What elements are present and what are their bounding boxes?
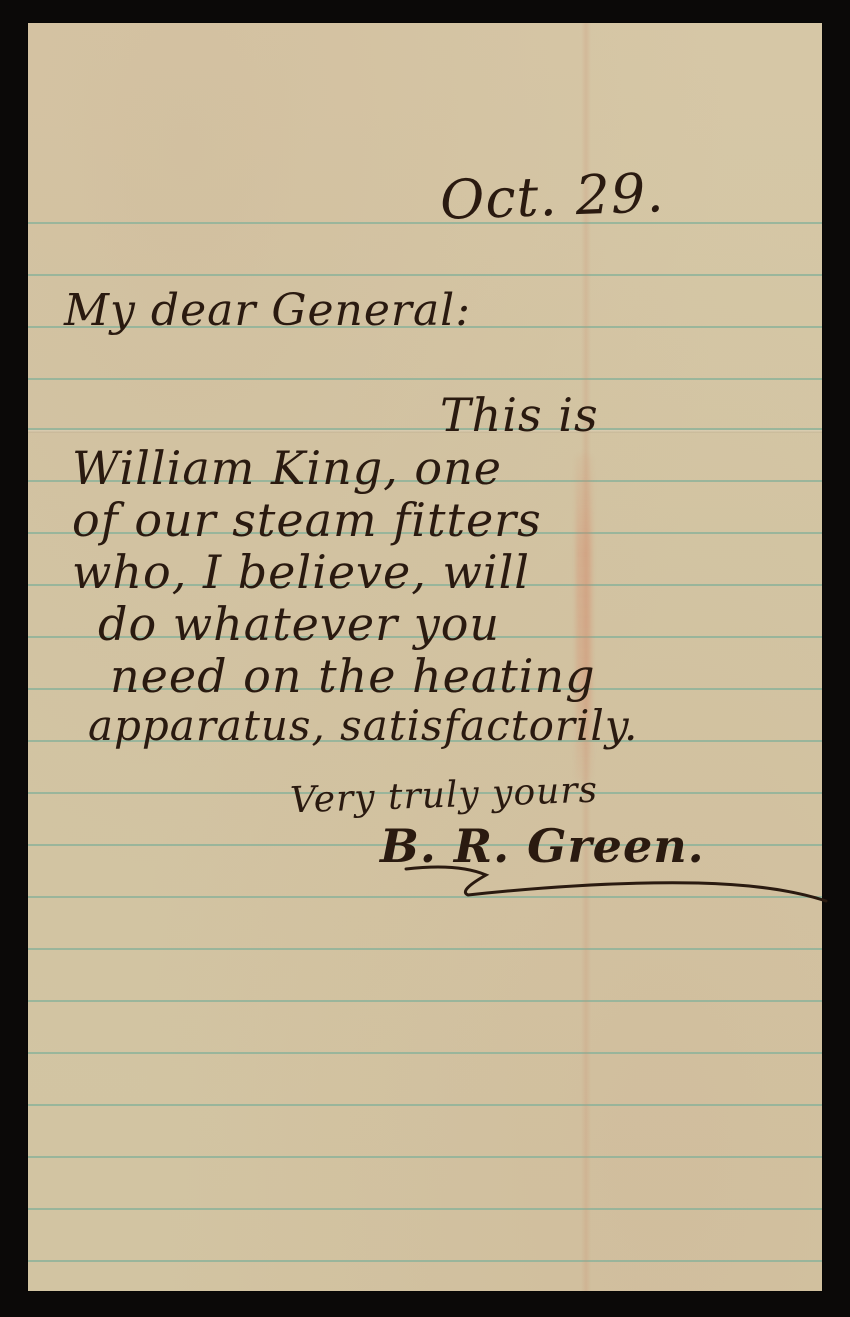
rule-line (28, 1156, 822, 1158)
letter-closing: Very truly yours (289, 770, 598, 822)
rule-line (28, 948, 822, 950)
body-line: do whatever you (98, 597, 500, 651)
letter-page: Oct. 29. My dear General: This is Willia… (28, 23, 822, 1291)
rule-line (28, 1104, 822, 1106)
signature-flourish (398, 861, 828, 911)
rule-line (28, 222, 822, 224)
body-line: of our steam fitters (72, 493, 542, 547)
rule-line (28, 1000, 822, 1002)
body-line: apparatus, satisfactorily. (88, 701, 638, 750)
body-line: who, I believe, will (72, 545, 530, 599)
body-line: William King, one (72, 441, 502, 495)
rule-line (28, 1260, 822, 1262)
letter-date: Oct. 29. (439, 161, 665, 232)
rule-line (28, 378, 822, 380)
horizontal-fold (28, 430, 822, 433)
rule-line (28, 274, 822, 276)
rule-line (28, 1052, 822, 1054)
body-line: need on the heating (110, 649, 596, 703)
letter-salutation: My dear General: (64, 285, 471, 336)
rule-line (28, 1208, 822, 1210)
body-line: This is (440, 388, 599, 442)
